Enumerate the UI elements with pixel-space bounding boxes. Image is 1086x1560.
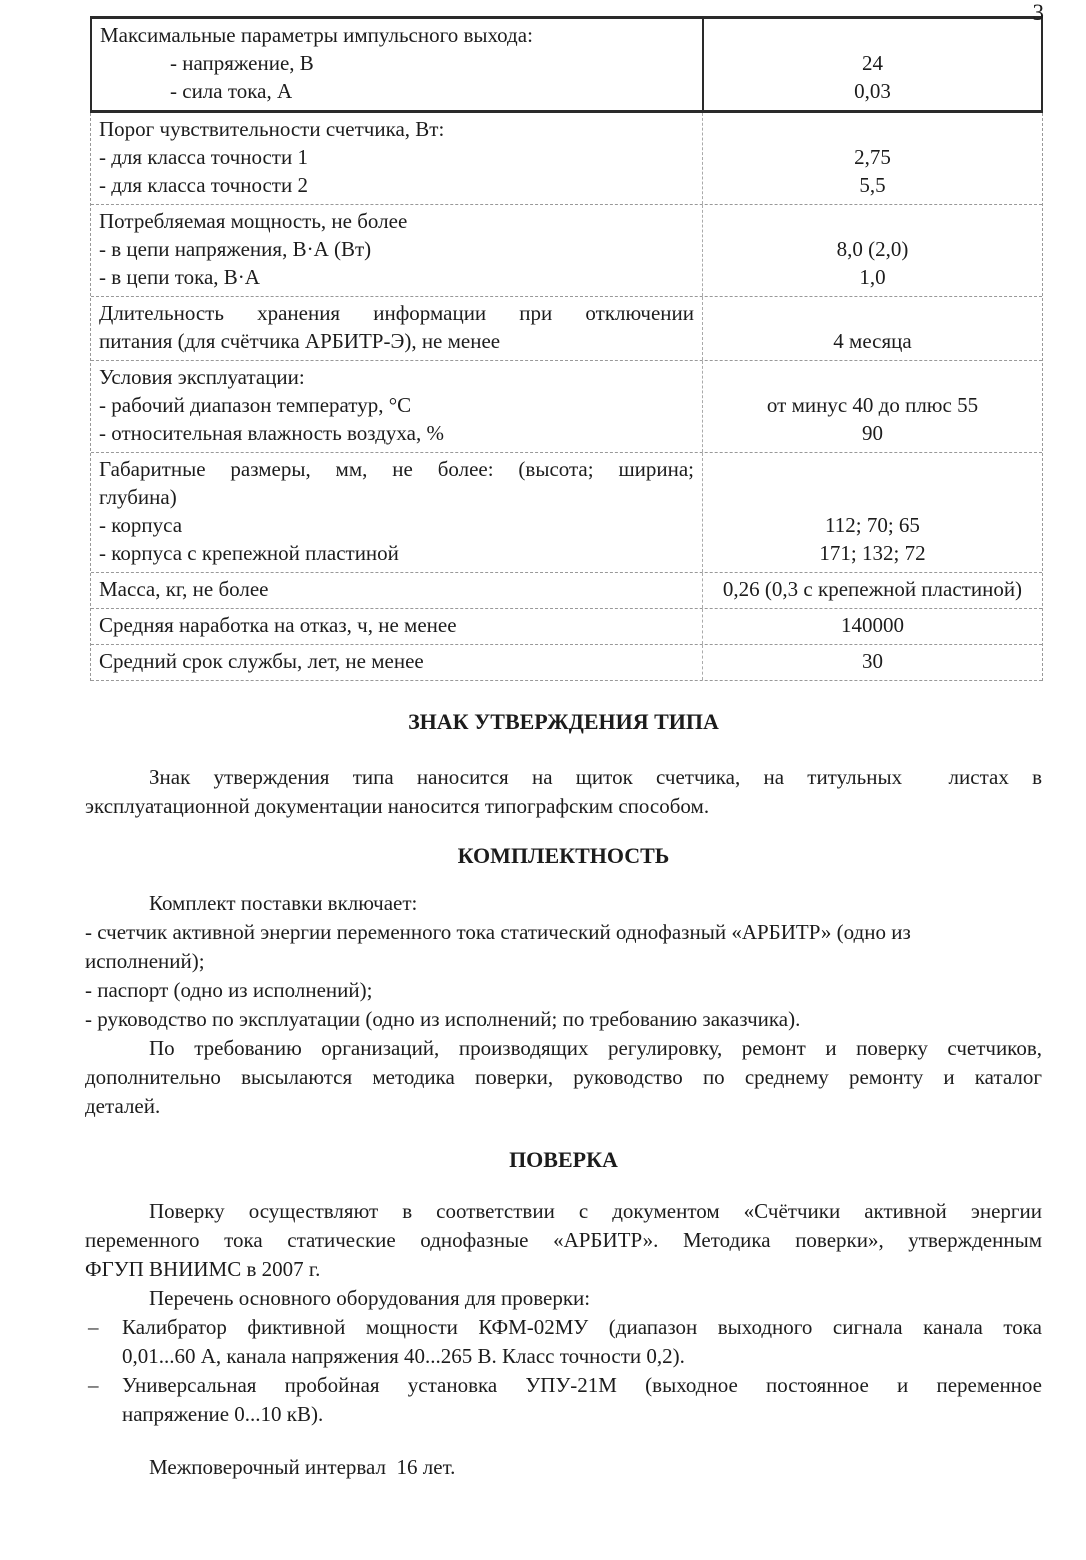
spec-line: Порог чувствительности счетчика, Вт: <box>99 115 694 143</box>
spec-line: питания (для счётчика АРБИТР-Э), не мене… <box>99 327 694 355</box>
equipment-list-intro: Перечень основного оборудования для пров… <box>85 1284 1042 1313</box>
verification-interval: Межповерочный интервал 16 лет. <box>85 1453 1042 1482</box>
spec-value-line: 171; 132; 72 <box>711 539 1034 567</box>
spec-name-cell: Длительность хранения информации при отк… <box>91 297 703 360</box>
paragraph-line: По требованию организаций, производящих … <box>85 1034 1042 1063</box>
spec-line: Потребляемая мощность, не более <box>99 207 694 235</box>
spec-value-line: 90 <box>711 419 1034 447</box>
paragraph-line: деталей. <box>85 1092 1042 1121</box>
page-number: 3 <box>1033 0 1045 26</box>
spec-line: - в цепи напряжения, В·А (Вт) <box>99 235 694 263</box>
type-approval-paragraph: Знак утверждения типа наносится на щиток… <box>85 763 1042 821</box>
spec-value-line <box>711 207 1034 235</box>
spec-value-line: 30 <box>711 647 1034 675</box>
spec-value-cell: 24 0,03 <box>704 19 1041 110</box>
table-row: Порог чувствительности счетчика, Вт: - д… <box>91 113 1042 205</box>
spec-value-line: 112; 70; 65 <box>711 511 1034 539</box>
spec-value-line: 1,0 <box>711 263 1034 291</box>
supply-list-item: - руководство по эксплуатации (одно из и… <box>85 1005 1042 1034</box>
spec-line: - относительная влажность воздуха, % <box>99 419 694 447</box>
spec-line: - рабочий диапазон температур, °С <box>99 391 694 419</box>
paragraph-line: Поверку осуществляют в соответствии с до… <box>85 1197 1042 1226</box>
equipment-item: – Универсальная пробойная установка УПУ-… <box>85 1371 1042 1429</box>
spec-line: - корпуса <box>99 511 694 539</box>
document-body: ЗНАК УТВЕРЖДЕНИЯ ТИПА Знак утверждения т… <box>85 707 1042 1482</box>
spec-name-cell: Максимальные параметры импульсного выход… <box>92 19 704 110</box>
spec-value-line: 0,26 (0,3 с крепежной пластиной) <box>711 575 1034 603</box>
table-row: Средний срок службы, лет, не менее 30 <box>91 645 1042 681</box>
spec-value-cell: 2,75 5,5 <box>703 113 1042 204</box>
list-line: Универсальная пробойная установка УПУ-21… <box>122 1371 1042 1400</box>
list-line: - паспорт (одно из исполнений); <box>85 976 1042 1005</box>
spec-name-cell: Масса, кг, не более <box>91 573 703 608</box>
dash-marker: – <box>88 1371 99 1400</box>
spec-value-line <box>711 483 1034 511</box>
spec-line: - напряжение, В <box>100 49 694 77</box>
spec-line: Средняя наработка на отказ, ч, не менее <box>99 611 694 639</box>
spec-value-line <box>711 299 1034 327</box>
list-line: - руководство по эксплуатации (одно из и… <box>85 1005 1042 1034</box>
spec-line: Масса, кг, не более <box>99 575 694 603</box>
section-heading-verification: ПОВЕРКА <box>85 1145 1042 1175</box>
table-row: Габаритные размеры, мм, не более: (высот… <box>91 453 1042 573</box>
spec-line: Длительность хранения информации при отк… <box>99 299 694 327</box>
completeness-intro: Комплект поставки включает: <box>85 889 1042 918</box>
spec-line: - для класса точности 1 <box>99 143 694 171</box>
list-line: исполнений); <box>85 947 1042 976</box>
table-row: Длительность хранения информации при отк… <box>91 297 1042 361</box>
spec-value-line: 2,75 <box>711 143 1034 171</box>
spec-value-cell: 8,0 (2,0) 1,0 <box>703 205 1042 296</box>
paragraph-line: Знак утверждения типа наносится на щиток… <box>85 763 1042 792</box>
spec-line: Условия эксплуатации: <box>99 363 694 391</box>
paragraph-line: переменного тока статические однофазные … <box>85 1226 1042 1255</box>
supply-list-item: - паспорт (одно из исполнений); <box>85 976 1042 1005</box>
paragraph-line: дополнительно высылаются методика поверк… <box>85 1063 1042 1092</box>
spec-name-cell: Средняя наработка на отказ, ч, не менее <box>91 609 703 644</box>
table-row: Масса, кг, не более 0,26 (0,3 с крепежно… <box>91 573 1042 609</box>
table-dashed-section: Порог чувствительности счетчика, Вт: - д… <box>90 113 1043 681</box>
completeness-content: Комплект поставки включает: - счетчик ак… <box>85 889 1042 1121</box>
equipment-item: – Калибратор фиктивной мощности КФМ-02МУ… <box>85 1313 1042 1371</box>
list-line: напряжение 0...10 кВ). <box>122 1400 1042 1429</box>
spec-value-line <box>712 21 1033 49</box>
spec-value-line: от минус 40 до плюс 55 <box>711 391 1034 419</box>
spec-value-cell: 112; 70; 65 171; 132; 72 <box>703 453 1042 572</box>
table-row: Потребляемая мощность, не более - в цепи… <box>91 205 1042 297</box>
list-line: - счетчик активной энергии переменного т… <box>85 918 1042 947</box>
spec-value-cell: 140000 <box>703 609 1042 644</box>
dash-marker: – <box>88 1313 99 1342</box>
spec-line: Габаритные размеры, мм, не более: (высот… <box>99 455 694 483</box>
document-page: 3 Максимальные параметры импульсного вых… <box>0 0 1086 1560</box>
spec-line: - корпуса с крепежной пластиной <box>99 539 694 567</box>
spec-name-cell: Средний срок службы, лет, не менее <box>91 645 703 680</box>
spec-line: Средний срок службы, лет, не менее <box>99 647 694 675</box>
spec-line: глубина) <box>99 483 694 511</box>
spec-line: - в цепи тока, В·А <box>99 263 694 291</box>
spec-line: Максимальные параметры импульсного выход… <box>100 21 694 49</box>
paragraph-line: эксплуатационной документации наносится … <box>85 792 1042 821</box>
spec-value-cell: от минус 40 до плюс 55 90 <box>703 361 1042 452</box>
spec-value-cell: 0,26 (0,3 с крепежной пластиной) <box>703 573 1042 608</box>
spec-name-cell: Порог чувствительности счетчика, Вт: - д… <box>91 113 703 204</box>
spec-value-line: 8,0 (2,0) <box>711 235 1034 263</box>
completeness-paragraph: По требованию организаций, производящих … <box>85 1034 1042 1121</box>
spec-value-line: 4 месяца <box>711 327 1034 355</box>
paragraph-line: ФГУП ВНИИМС в 2007 г. <box>85 1255 1042 1284</box>
spec-value-cell: 30 <box>703 645 1042 680</box>
spec-value-line <box>711 455 1034 483</box>
spec-line: - сила тока, А <box>100 77 694 105</box>
spec-line: - для класса точности 2 <box>99 171 694 199</box>
table-row: Условия эксплуатации: - рабочий диапазон… <box>91 361 1042 453</box>
table-row: Средняя наработка на отказ, ч, не менее … <box>91 609 1042 645</box>
spec-name-cell: Потребляемая мощность, не более - в цепи… <box>91 205 703 296</box>
spec-value-line <box>711 115 1034 143</box>
spec-value-line: 5,5 <box>711 171 1034 199</box>
spec-name-cell: Габаритные размеры, мм, не более: (высот… <box>91 453 703 572</box>
spec-value-line: 24 <box>712 49 1033 77</box>
section-heading-completeness: КОМПЛЕКТНОСТЬ <box>85 841 1042 871</box>
spec-value-line <box>711 363 1034 391</box>
spec-name-cell: Условия эксплуатации: - рабочий диапазон… <box>91 361 703 452</box>
section-heading-type-approval: ЗНАК УТВЕРЖДЕНИЯ ТИПА <box>85 707 1042 737</box>
spec-value-line: 0,03 <box>712 77 1033 105</box>
list-line: Калибратор фиктивной мощности КФМ-02МУ (… <box>122 1313 1042 1342</box>
specifications-table: Максимальные параметры импульсного выход… <box>90 16 1043 681</box>
list-line: 0,01...60 А, канала напряжения 40...265 … <box>122 1342 1042 1371</box>
spec-value-cell: 4 месяца <box>703 297 1042 360</box>
table-row: Максимальные параметры импульсного выход… <box>90 19 1043 113</box>
verification-paragraph: Поверку осуществляют в соответствии с до… <box>85 1197 1042 1284</box>
supply-list-item: - счетчик активной энергии переменного т… <box>85 918 1042 976</box>
spec-value-line: 140000 <box>711 611 1034 639</box>
